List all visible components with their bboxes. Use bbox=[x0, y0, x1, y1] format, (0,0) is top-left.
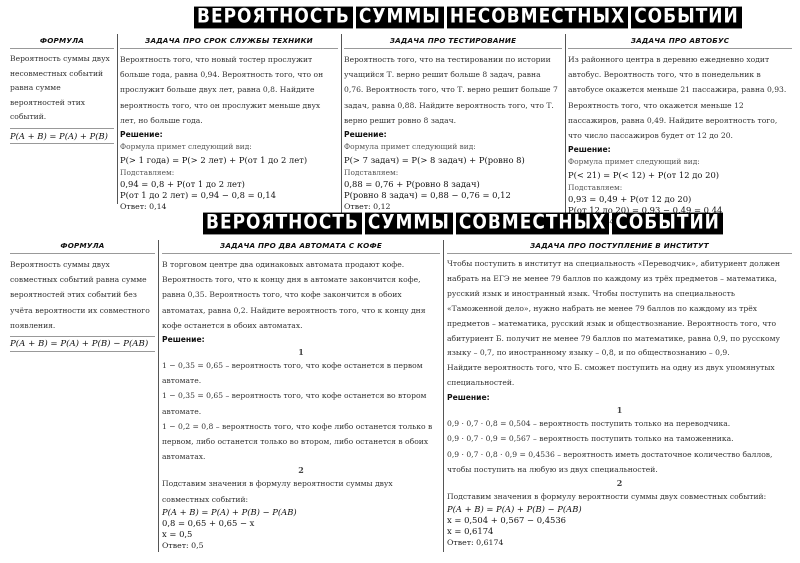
formula: P(A + B) = P(A) + P(B) − P(AB) bbox=[10, 336, 155, 352]
calc-line: P(A + B) = P(A) + P(B) − P(AB) bbox=[447, 504, 792, 515]
column-heading: ЗАДАЧА ПРО ТЕСТИРОВАНИЕ bbox=[344, 36, 562, 49]
task-question: Найдите вероятность того, что Б. сможет … bbox=[447, 361, 792, 391]
calc-line: P(от 1 до 2 лет) = 0,94 − 0,8 = 0,14 bbox=[120, 190, 338, 201]
title-word: СОБЫТИЙ bbox=[612, 213, 723, 235]
step-line: 1 − 0,35 = 0,65 – вероятность того, что … bbox=[162, 388, 440, 418]
calc-line: P(ровно 8 задач) = 0,88 − 0,76 = 0,12 bbox=[344, 190, 562, 201]
task-text: Чтобы поступить в институт на специально… bbox=[447, 257, 792, 361]
solution-label: Решение: bbox=[568, 143, 792, 156]
step-line: 1 − 0,2 = 0,8 – вероятность того, что ко… bbox=[162, 419, 440, 465]
title-word: СУММЫ bbox=[356, 7, 444, 29]
step-number: 1 bbox=[447, 404, 792, 416]
s1-task-bus: ЗАДАЧА ПРО АВТОБУС Из районного центра в… bbox=[568, 36, 792, 228]
title-word: ВЕРОЯТНОСТЬ bbox=[203, 213, 362, 235]
calc-line: 0,8 = 0,65 + 0,65 − x bbox=[162, 518, 440, 529]
solution-label: Решение: bbox=[120, 128, 338, 141]
task-text: В торговом центре два одинаковых автомат… bbox=[162, 257, 440, 333]
column-heading: ФОРМУЛА bbox=[10, 241, 155, 254]
answer: Ответ: 0,5 bbox=[162, 540, 440, 552]
s2-task-institute: ЗАДАЧА ПРО ПОСТУПЛЕНИЕ В ИНСТИТУТ Чтобы … bbox=[447, 241, 792, 549]
title-word: СОВМЕСТНЫХ bbox=[456, 213, 609, 235]
title-word: СУММЫ bbox=[365, 213, 453, 235]
calc-line: x = 0,5 bbox=[162, 529, 440, 540]
step-line: 1 − 0,35 = 0,65 – вероятность того, что … bbox=[162, 358, 440, 388]
formula: P(< 21) = P(< 12) + P(от 12 до 20) bbox=[568, 168, 792, 182]
divider bbox=[341, 34, 342, 214]
calc-line: 0,93 = 0,49 + P(от 12 до 20) bbox=[568, 194, 792, 205]
divider bbox=[565, 34, 566, 214]
formula: P(> 7 задач) = P(> 8 задач) + P(ровно 8) bbox=[344, 153, 562, 167]
column-heading: ФОРМУЛА bbox=[10, 36, 114, 49]
calc-line: 0,88 = 0,76 + P(ровно 8 задач) bbox=[344, 179, 562, 190]
title-word: НЕСОВМЕСТНЫХ bbox=[447, 7, 628, 29]
s2-formula-column: ФОРМУЛА Вероятность суммы двух совместны… bbox=[10, 241, 155, 352]
formula: P(> 1 года) = P(> 2 лет) + P(от 1 до 2 л… bbox=[120, 153, 338, 167]
step-line: 0,9 · 0,7 · 0,9 = 0,567 – вероятность по… bbox=[447, 431, 792, 446]
divider bbox=[158, 240, 159, 552]
divider bbox=[117, 34, 118, 204]
s1-formula-column: ФОРМУЛА Вероятность суммы двух несовмест… bbox=[10, 36, 114, 144]
formula-description: Вероятность суммы двух несовместных собы… bbox=[10, 52, 114, 125]
formula-intro: Формула примет следующий вид: bbox=[568, 156, 792, 168]
task-text: Из районного центра в деревню ежедневно … bbox=[568, 52, 792, 143]
step-line: 0,9 · 0,7 · 0,8 · 0,9 = 0,4536 – вероятн… bbox=[447, 447, 792, 477]
column-heading: ЗАДАЧА ПРО АВТОБУС bbox=[568, 36, 792, 49]
s1-task-testing: ЗАДАЧА ПРО ТЕСТИРОВАНИЕ Вероятность того… bbox=[344, 36, 562, 213]
answer: Ответ: 0,6174 bbox=[447, 537, 792, 549]
column-heading: ЗАДАЧА ПРО ПОСТУПЛЕНИЕ В ИНСТИТУТ bbox=[447, 241, 792, 254]
task-text: Вероятность того, что на тестировании по… bbox=[344, 52, 562, 128]
step-number: 2 bbox=[447, 477, 792, 489]
solution-label: Решение: bbox=[162, 333, 440, 346]
formula: P(A + B) = P(A) + P(B) bbox=[10, 128, 114, 144]
formula-intro: Формула примет следующий вид: bbox=[344, 141, 562, 153]
solution-label: Решение: bbox=[344, 128, 562, 141]
calc-line: P(A + B) = P(A) + P(B) − P(AB) bbox=[162, 507, 440, 518]
formula-intro: Формула примет следующий вид: bbox=[120, 141, 338, 153]
section2-title: ВЕРОЯТНОСТЬ СУММЫ СОВМЕСТНЫХ СОБЫТИЙ bbox=[203, 214, 723, 233]
title-word: ВЕРОЯТНОСТЬ bbox=[194, 7, 353, 29]
step-number: 1 bbox=[162, 346, 440, 358]
calc-line: 0,94 = 0,8 + P(от 1 до 2 лет) bbox=[120, 179, 338, 190]
column-heading: ЗАДАЧА ПРО ДВА АВТОМАТА С КОФЕ bbox=[162, 241, 440, 254]
step2-text: Подставим значения в формулу вероятности… bbox=[447, 489, 792, 504]
calc-line: x = 0,504 + 0,567 − 0,4536 bbox=[447, 515, 792, 526]
s2-task-coffee: ЗАДАЧА ПРО ДВА АВТОМАТА С КОФЕ В торгово… bbox=[162, 241, 440, 552]
section1-title: ВЕРОЯТНОСТЬ СУММЫ НЕСОВМЕСТНЫХ СОБЫТИЙ bbox=[194, 8, 742, 27]
step-number: 2 bbox=[162, 464, 440, 476]
substitution-label: Подставляем: bbox=[568, 182, 792, 194]
title-word: СОБЫТИЙ bbox=[631, 7, 742, 29]
column-heading: ЗАДАЧА ПРО СРОК СЛУЖБЫ ТЕХНИКИ bbox=[120, 36, 338, 49]
s1-task-toaster: ЗАДАЧА ПРО СРОК СЛУЖБЫ ТЕХНИКИ Вероятнос… bbox=[120, 36, 338, 213]
task-text: Вероятность того, что новый тостер просл… bbox=[120, 52, 338, 128]
substitution-label: Подставляем: bbox=[344, 167, 562, 179]
formula-description: Вероятность суммы двух совместных событи… bbox=[10, 257, 155, 333]
calc-line: x = 0,6174 bbox=[447, 526, 792, 537]
step2-text: Подставим значения в формулу вероятности… bbox=[162, 476, 440, 506]
step-line: 0,9 · 0,7 · 0,8 = 0,504 – вероятность по… bbox=[447, 416, 792, 431]
solution-label: Решение: bbox=[447, 391, 792, 404]
divider bbox=[443, 240, 444, 552]
substitution-label: Подставляем: bbox=[120, 167, 338, 179]
